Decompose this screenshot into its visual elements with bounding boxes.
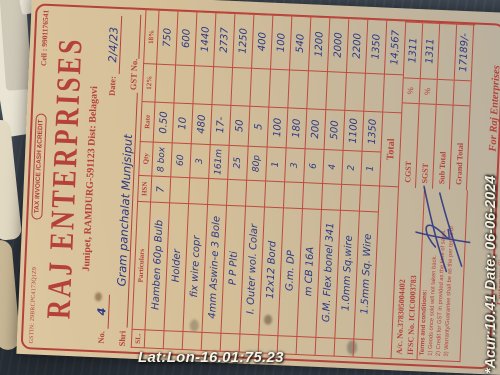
- gst-no-label: GST No.: [128, 58, 139, 90]
- invoice-no: No. 4: [94, 294, 110, 343]
- no-value: 4: [95, 294, 110, 329]
- cgst-percent: %: [403, 77, 420, 104]
- gps-date-watermark: *Acur:10.41 Date: 06-06-2024: [483, 176, 499, 374]
- item-cell-amount: 100: [271, 15, 292, 70]
- cgst-value: 1311: [406, 23, 419, 78]
- item-cell-rate: 200: [305, 109, 326, 150]
- item-cell-rate: 10: [172, 103, 193, 144]
- shri-label: Shri: [117, 331, 128, 347]
- total-label: Total: [380, 112, 402, 187]
- tax-totals: CGST % 1311 SGST % 1311 Sub Total: [399, 21, 475, 190]
- item-cell-rate: 0.50: [153, 102, 174, 143]
- item-cell-sl: [163, 331, 183, 350]
- item-cell-qty: 4: [323, 150, 343, 185]
- items-body: Hamben 60p Bulb78 box0.50750Holder601060…: [144, 10, 387, 358]
- sgst-percent: %: [420, 78, 437, 105]
- item-cell-pct12: [269, 69, 290, 108]
- paper-stack-edge: [0, 119, 22, 241]
- item-cell-pct12: [155, 64, 176, 103]
- item-cell-amount: 600: [176, 11, 197, 66]
- invoice-paper: GSTIN: 29BRCPC4173Q1Z9 TAX INVOICE /CASH…: [16, 0, 500, 375]
- photo-of-invoice: GSTIN: 29BRCPC4173Q1Z9 TAX INVOICE /CASH…: [0, 0, 500, 375]
- item-cell-qty: 1: [266, 147, 286, 182]
- item-cell-amount: 1440: [195, 12, 216, 67]
- item-cell-amount: 750: [157, 10, 178, 65]
- item-cell-sl: [315, 337, 335, 356]
- item-cell-amount: 2737: [214, 13, 235, 68]
- item-cell-hsn: [302, 183, 322, 210]
- item-cell-rate: 480: [191, 104, 212, 145]
- gst-no-blank: [138, 15, 141, 59]
- item-cell-rate: 1100: [343, 110, 364, 151]
- item-cell-qty: 161m: [209, 145, 229, 180]
- gstin-text: GSTIN: 29BRCPC4173Q1Z9: [28, 267, 37, 344]
- item-cell-qty: 1: [361, 151, 381, 186]
- invoice-date: Date: 2/4/23: [105, 15, 122, 96]
- item-cell-sl: [144, 330, 164, 349]
- item-cell-rate: 100: [267, 107, 288, 148]
- item-cell-amount: 1350: [365, 19, 386, 74]
- gps-latlon-watermark: Lat:Lon-16.01:75.23: [138, 349, 284, 366]
- item-cell-amount: 1200: [308, 17, 329, 72]
- item-cell-amount: 540: [290, 16, 311, 71]
- signature-scribble-icon: [406, 170, 481, 293]
- date-value: 2/4/23: [106, 15, 123, 74]
- item-cell-pct12: [250, 68, 271, 107]
- item-cell-pct12: [326, 72, 347, 111]
- item-cell-pct12: [307, 71, 328, 110]
- grand-total-value: 17189/-: [457, 25, 470, 80]
- date-label: Date:: [107, 76, 118, 96]
- item-cell-hsn: [340, 184, 360, 211]
- item-cell-qty: 25: [228, 145, 248, 180]
- item-cell-qty: 60: [171, 143, 191, 178]
- grand-total-percent: [454, 80, 471, 107]
- total-pct12-blank: [383, 74, 404, 113]
- item-cell-sl: [182, 332, 202, 351]
- item-cell-qty: 3: [285, 148, 305, 183]
- item-cell-hsn: [283, 182, 303, 209]
- item-cell-qty: 3: [190, 144, 210, 179]
- item-cell-pct12: [174, 65, 195, 104]
- item-cell-amount: 2200: [346, 18, 367, 73]
- item-cell-pct12: [193, 66, 214, 105]
- item-cell-amount: 400: [252, 14, 273, 69]
- item-cell-rate: 500: [324, 110, 345, 151]
- item-cell-pct12: [345, 72, 366, 111]
- item-cell-hsn: [170, 177, 190, 204]
- item-cell-hsn: [227, 179, 247, 206]
- item-cell-hsn: [265, 181, 285, 208]
- item-cell-qty: 2: [342, 150, 362, 185]
- column-header: SL.: [131, 329, 145, 348]
- invoice-border-box: GSTIN: 29BRCPC4173Q1Z9 TAX INVOICE /CASH…: [21, 3, 500, 369]
- items-table: SL.ParticularsHSNQtyRate12%18% Hamben 60…: [131, 9, 407, 359]
- item-cell-rate: 17-: [210, 105, 231, 146]
- subtotal-percent: [437, 79, 454, 106]
- sgst-value: 1311: [423, 23, 436, 78]
- item-cell-qty: 6: [304, 149, 324, 184]
- item-cell-qty: 80p: [247, 146, 267, 181]
- item-cell-hsn: [246, 180, 266, 207]
- item-cell-rate: 50: [229, 105, 250, 146]
- item-cell-rate: 5: [248, 106, 269, 147]
- item-cell-sl: [353, 339, 373, 358]
- item-cell-pct12: [212, 67, 233, 106]
- item-cell-sl: [334, 338, 354, 357]
- column-header: HSN: [138, 175, 152, 202]
- item-cell-pct12: [364, 73, 385, 112]
- item-cell-amount: 2000: [327, 18, 348, 73]
- item-cell-hsn: [189, 178, 209, 205]
- item-cell-amount: 1250: [233, 13, 254, 68]
- no-label: No.: [96, 331, 107, 344]
- item-cell-rate: 1350: [362, 111, 383, 152]
- item-cell-hsn: [208, 179, 228, 206]
- item-cell-hsn: [359, 185, 379, 212]
- item-cell-rate: 180: [286, 108, 307, 149]
- item-cell-hsn: [321, 183, 341, 210]
- item-cell-hsn: 7: [151, 176, 171, 203]
- item-cell-sl: [296, 337, 316, 356]
- item-cell-pct12: [231, 67, 252, 106]
- total-value: 14,567: [384, 20, 405, 75]
- item-cell-pct12: [288, 70, 309, 109]
- subtotal-value: [446, 24, 448, 79]
- cell-number: Cell : 9901176541: [39, 10, 50, 67]
- item-cell-qty: 8 box: [152, 142, 172, 177]
